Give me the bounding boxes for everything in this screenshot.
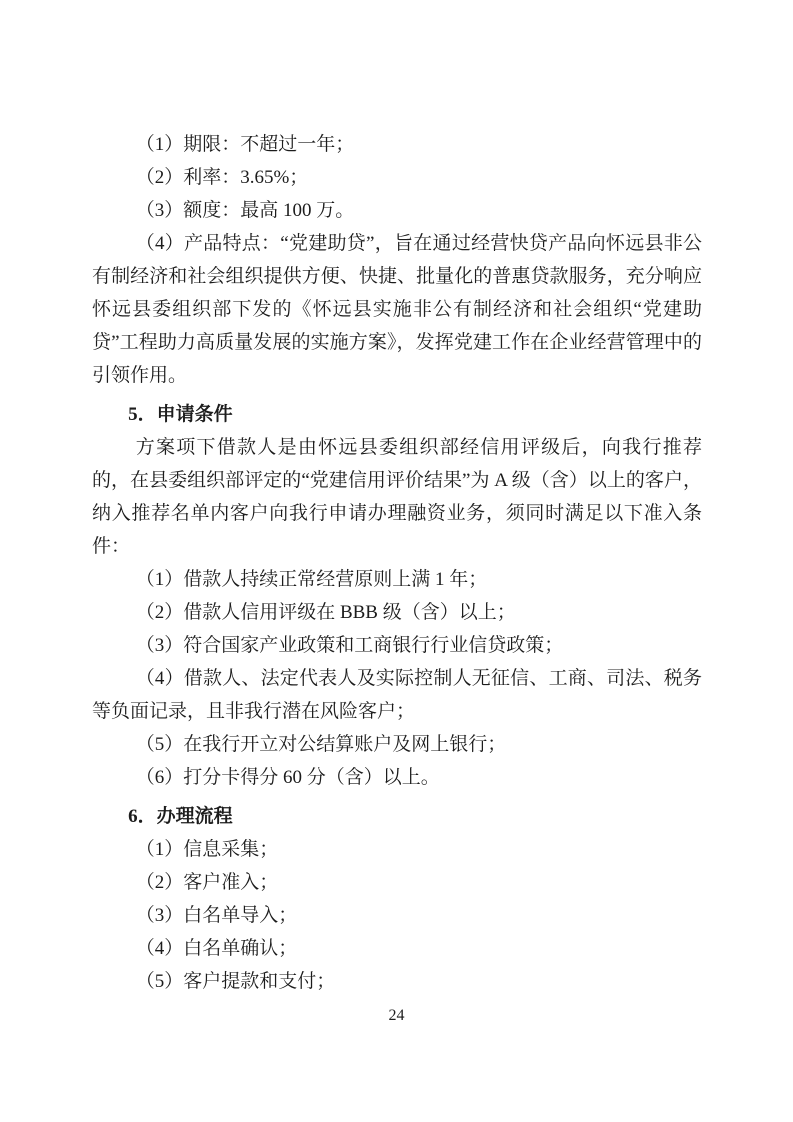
product-term-item: （2）利率：3.65%；: [92, 161, 702, 194]
product-features-paragraph: （4）产品特点：“党建助贷”，旨在通过经营快贷产品向怀远县非公有制经济和社会组织…: [92, 227, 702, 392]
condition-item: （6）打分卡得分 60 分（含）以上。: [92, 761, 702, 794]
process-step-item: （1）信息采集；: [92, 833, 702, 866]
process-step-item: （5）客户提款和支付；: [92, 965, 702, 998]
product-term-item: （3）额度：最高 100 万。: [92, 194, 702, 227]
section-5-heading: 5．申请条件: [92, 398, 702, 431]
condition-item: （3）符合国家产业政策和工商银行行业信贷政策；: [92, 629, 702, 662]
section-6-heading: 6．办理流程: [92, 800, 702, 833]
page-number: 24: [389, 1007, 405, 1024]
process-step-item: （3）白名单导入；: [92, 899, 702, 932]
condition-item: （4）借款人、法定代表人及实际控制人无征信、工商、司法、税务等负面记录，且非我行…: [92, 662, 702, 728]
condition-item: （2）借款人信用评级在 BBB 级（含）以上；: [92, 596, 702, 629]
document-body: （1）期限：不超过一年； （2）利率：3.65%； （3）额度：最高 100 万…: [92, 128, 702, 998]
process-step-item: （4）白名单确认；: [92, 932, 702, 965]
condition-item: （5）在我行开立对公结算账户及网上银行；: [92, 728, 702, 761]
page-footer: 24: [0, 1006, 793, 1026]
document-page: （1）期限：不超过一年； （2）利率：3.65%； （3）额度：最高 100 万…: [0, 0, 793, 1122]
condition-item: （1）借款人持续正常经营原则上满 1 年；: [92, 563, 702, 596]
product-term-item: （1）期限：不超过一年；: [92, 128, 702, 161]
conditions-intro-paragraph: 方案项下借款人是由怀远县委组织部经信用评级后，向我行推荐的，在县委组织部评定的“…: [92, 431, 702, 563]
process-step-item: （2）客户准入；: [92, 866, 702, 899]
